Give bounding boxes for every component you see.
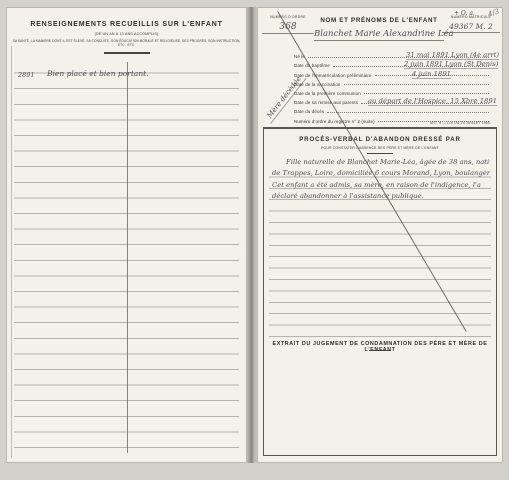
divider-ornament xyxy=(104,52,150,54)
field-immatriculation: Date de l'immatriculation préliminaire 4… xyxy=(294,68,492,77)
field-bapteme: Date du baptême 2 juin 1891 Lyon (St Den… xyxy=(294,59,492,68)
right-page-title: NOM ET PRÉNOMS DE L'ENFANT xyxy=(314,17,444,24)
extrait-jugement-title: EXTRAIT DU JUGEMENT DE CONDAMNATION DES … xyxy=(264,341,496,353)
handwriting-line: déclaré abandonner à l'assistance publiq… xyxy=(272,191,490,202)
field-vaccination: Date de la vaccination xyxy=(294,78,492,87)
handwritten-paragraph: Fille naturelle de Blanchet Marie-Léa, â… xyxy=(272,157,490,203)
left-page-subtitle: (DE UN AN À 13 ANS ACCOMPLIS) xyxy=(7,32,246,36)
divider-ornament xyxy=(367,153,393,155)
field-ne-le: Né le 31 mai 1891 Lyon (4e arrt) xyxy=(294,50,492,59)
child-name-block: NOM ET PRÉNOMS DE L'ENFANT Blanchet Mari… xyxy=(314,17,444,41)
proces-verbal-box: PROCÈS-VERBAL D'ABANDON DRESSÉ PAR POUR … xyxy=(263,127,497,456)
matricule-value: 49367 M. 2 xyxy=(442,22,500,33)
field-deces: Date du décès xyxy=(294,105,492,114)
divider-ornament xyxy=(369,350,391,351)
matricule-label: NUMÉRO MATRICULE xyxy=(442,15,500,19)
page-fold-line xyxy=(11,46,12,458)
proces-verbal-subtitle: POUR CONSTATER L'ABSENCE DES PÈRE ET MÈR… xyxy=(264,146,496,150)
dotted-leader xyxy=(364,93,489,94)
handwriting-line: Fille naturelle de Blanchet Marie-Léa, â… xyxy=(272,157,490,168)
right-register-page: 4/3 + O. a. NUMÉRO D'ORDRE 368 NOM ET PR… xyxy=(257,7,503,463)
center-column-divider xyxy=(127,62,128,453)
margin-number: 2891 xyxy=(18,71,35,79)
handwriting-line: de Trappes, Loire, domiciliée 6 cours Mo… xyxy=(272,168,490,179)
handwritten-note: Bien placé et bien portant. xyxy=(47,69,149,78)
binding-gutter xyxy=(247,7,257,463)
proces-verbal-title: PROCÈS-VERBAL D'ABANDON DRESSÉ PAR xyxy=(264,136,496,143)
left-page-header: RENSEIGNEMENTS RECUEILLIS SUR L'ENFANT (… xyxy=(7,8,246,54)
matricule-block: NUMÉRO MATRICULE 49367 M. 2 xyxy=(442,15,500,33)
law-reference-note: ART. 4 — LOI DU 24 JUILLET 1889 xyxy=(430,121,490,125)
left-page-subline: SA SANTÉ, LA MANIÈRE DONT IL EST ÉLEVÉ, … xyxy=(7,39,246,47)
dotted-leader xyxy=(327,112,489,113)
child-name: Blanchet Marie Alexandrine Léa xyxy=(314,29,444,41)
left-register-page: RENSEIGNEMENTS RECUEILLIS SUR L'ENFANT (… xyxy=(6,7,247,463)
field-label: Numéro d'ordre du registre n° 2 (suite) xyxy=(294,119,375,124)
civil-status-fields: Né le 31 mai 1891 Lyon (4e arrt) Date du… xyxy=(294,50,492,124)
field-remise-parents: Date de sa remise aux parents au départ … xyxy=(294,96,492,105)
dotted-leader xyxy=(344,84,489,85)
left-page-title: RENSEIGNEMENTS RECUEILLIS SUR L'ENFANT xyxy=(7,21,246,28)
numero-ordre-label: NUMÉRO D'ORDRE xyxy=(262,15,314,19)
